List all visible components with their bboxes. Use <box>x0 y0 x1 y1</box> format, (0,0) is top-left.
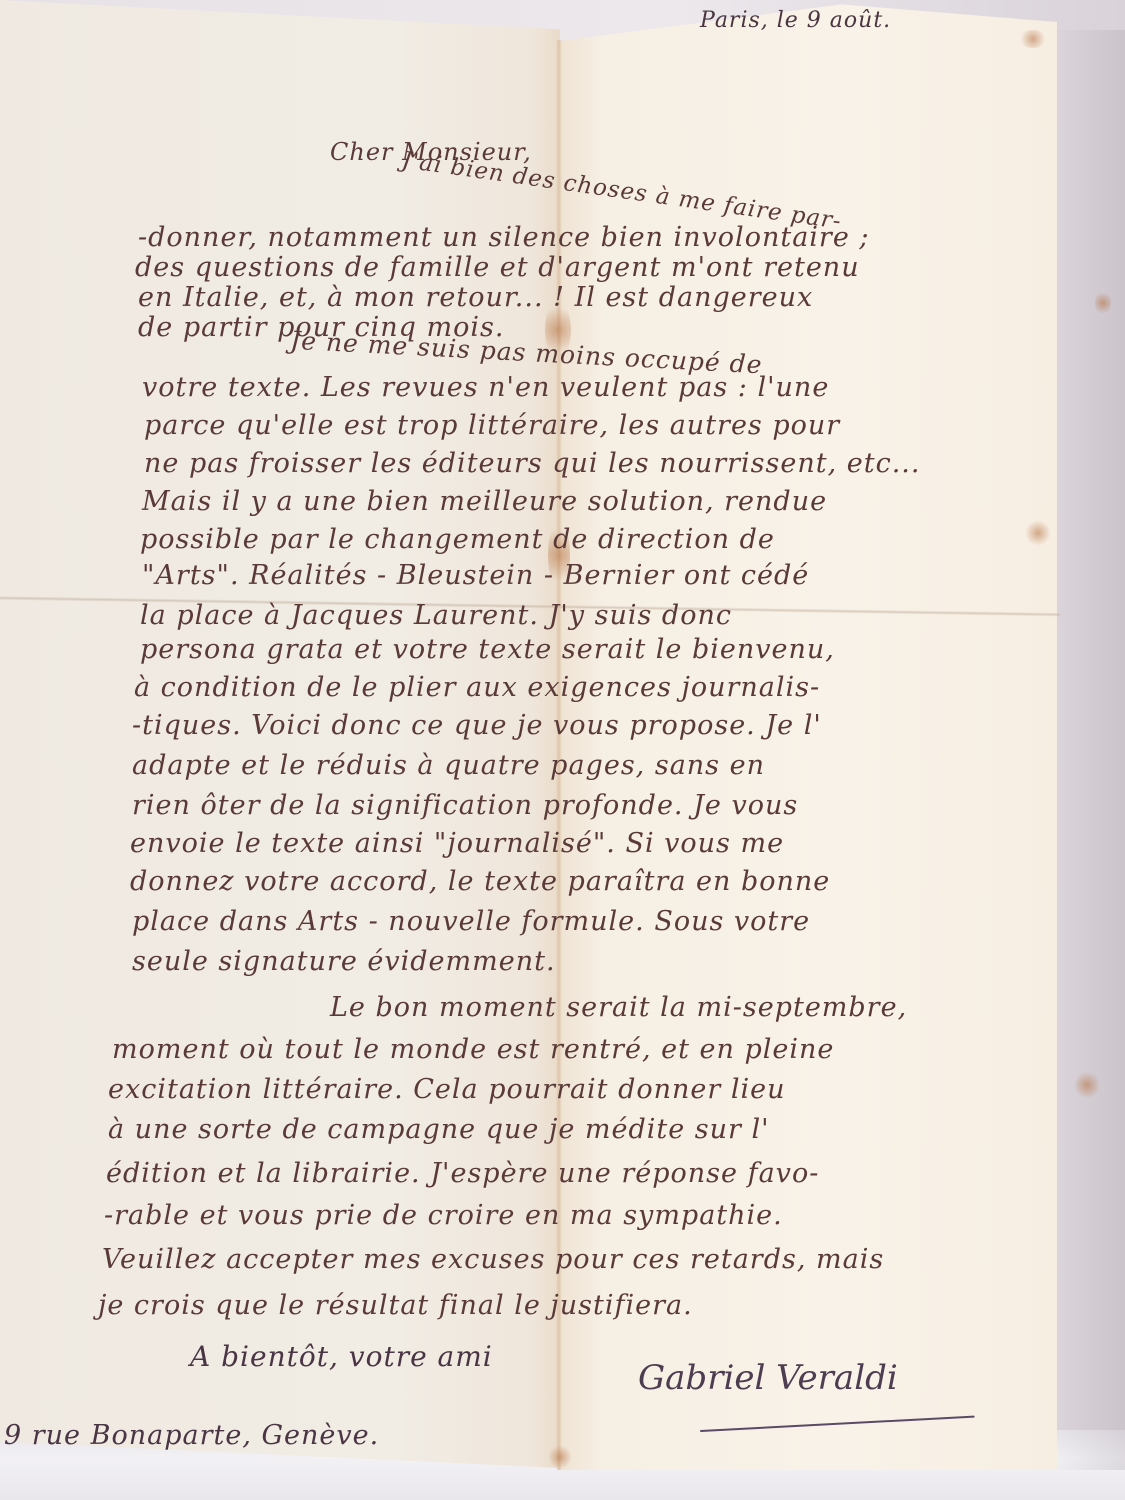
letter-body-line: excitation littéraire. Cela pourrait don… <box>108 1074 786 1105</box>
letter-body-line: moment où tout le monde est rentré, et e… <box>112 1034 834 1065</box>
letter-body-line: possible par le changement de direction … <box>140 524 775 555</box>
sender-address: 9 rue Bonaparte, Genève. <box>4 1420 379 1451</box>
letter-signature: Gabriel Veraldi <box>638 1358 898 1398</box>
letter-body-line: -rable et vous prie de croire en ma symp… <box>104 1200 783 1231</box>
letter-dateline: Paris, le 9 août. <box>700 8 891 33</box>
letter-signoff: A bientôt, votre ami <box>190 1340 493 1373</box>
letter-body-line: rien ôter de la signification profonde. … <box>132 790 798 821</box>
letter-body-line: des questions de famille et d'argent m'o… <box>135 252 860 283</box>
letter-body-line: place dans Arts - nouvelle formule. Sous… <box>132 906 810 937</box>
letter-body-line: Veuillez accepter mes excuses pour ces r… <box>102 1244 884 1275</box>
letter-body-line: à condition de le plier aux exigences jo… <box>134 672 820 703</box>
letter-body-line: Mais il y a une bien meilleure solution,… <box>142 486 827 517</box>
letter-body-line: persona grata et votre texte serait le b… <box>140 634 835 665</box>
letter-paper: Paris, le 9 août. Cher Monsieur, -donner… <box>0 0 1125 1500</box>
letter-body-line: adapte et le réduis à quatre pages, sans… <box>132 750 765 781</box>
foxing-stain <box>1075 1070 1099 1100</box>
foxing-stain <box>1018 30 1048 48</box>
letter-body-line: parce qu'elle est trop littéraire, les a… <box>144 410 840 441</box>
letter-body-line: -tiques. Voici donc ce que je vous propo… <box>132 710 822 741</box>
foxing-stain <box>1095 290 1111 316</box>
letter-body-line: envoie le texte ainsi "journalisé". Si v… <box>130 828 784 859</box>
letter-body-line: donnez votre accord, le texte paraîtra e… <box>130 866 830 897</box>
letter-body-line: à une sorte de campagne que je médite su… <box>108 1114 770 1145</box>
letter-body-line: en Italie, et, à mon retour... ! Il est … <box>138 282 813 313</box>
letter-body-line: Le bon moment serait la mi-septembre, <box>330 992 907 1023</box>
letter-body-line: "Arts". Réalités - Bleustein - Bernier o… <box>142 560 809 591</box>
letter-body-line: ne pas froisser les éditeurs qui les nou… <box>144 448 920 479</box>
foxing-stain <box>1025 520 1051 546</box>
foxing-stain <box>548 1445 572 1469</box>
letter-body-line: la place à Jacques Laurent. J'y suis don… <box>140 600 732 631</box>
letter-body-line: édition et la librairie. J'espère une ré… <box>106 1158 819 1189</box>
letter-body-line: je crois que le résultat final le justif… <box>98 1290 693 1321</box>
letter-body-line: votre texte. Les revues n'en veulent pas… <box>142 372 829 403</box>
letter-body-line: -donner, notamment un silence bien invol… <box>138 222 870 253</box>
letter-body-line: seule signature évidemment. <box>132 946 556 977</box>
